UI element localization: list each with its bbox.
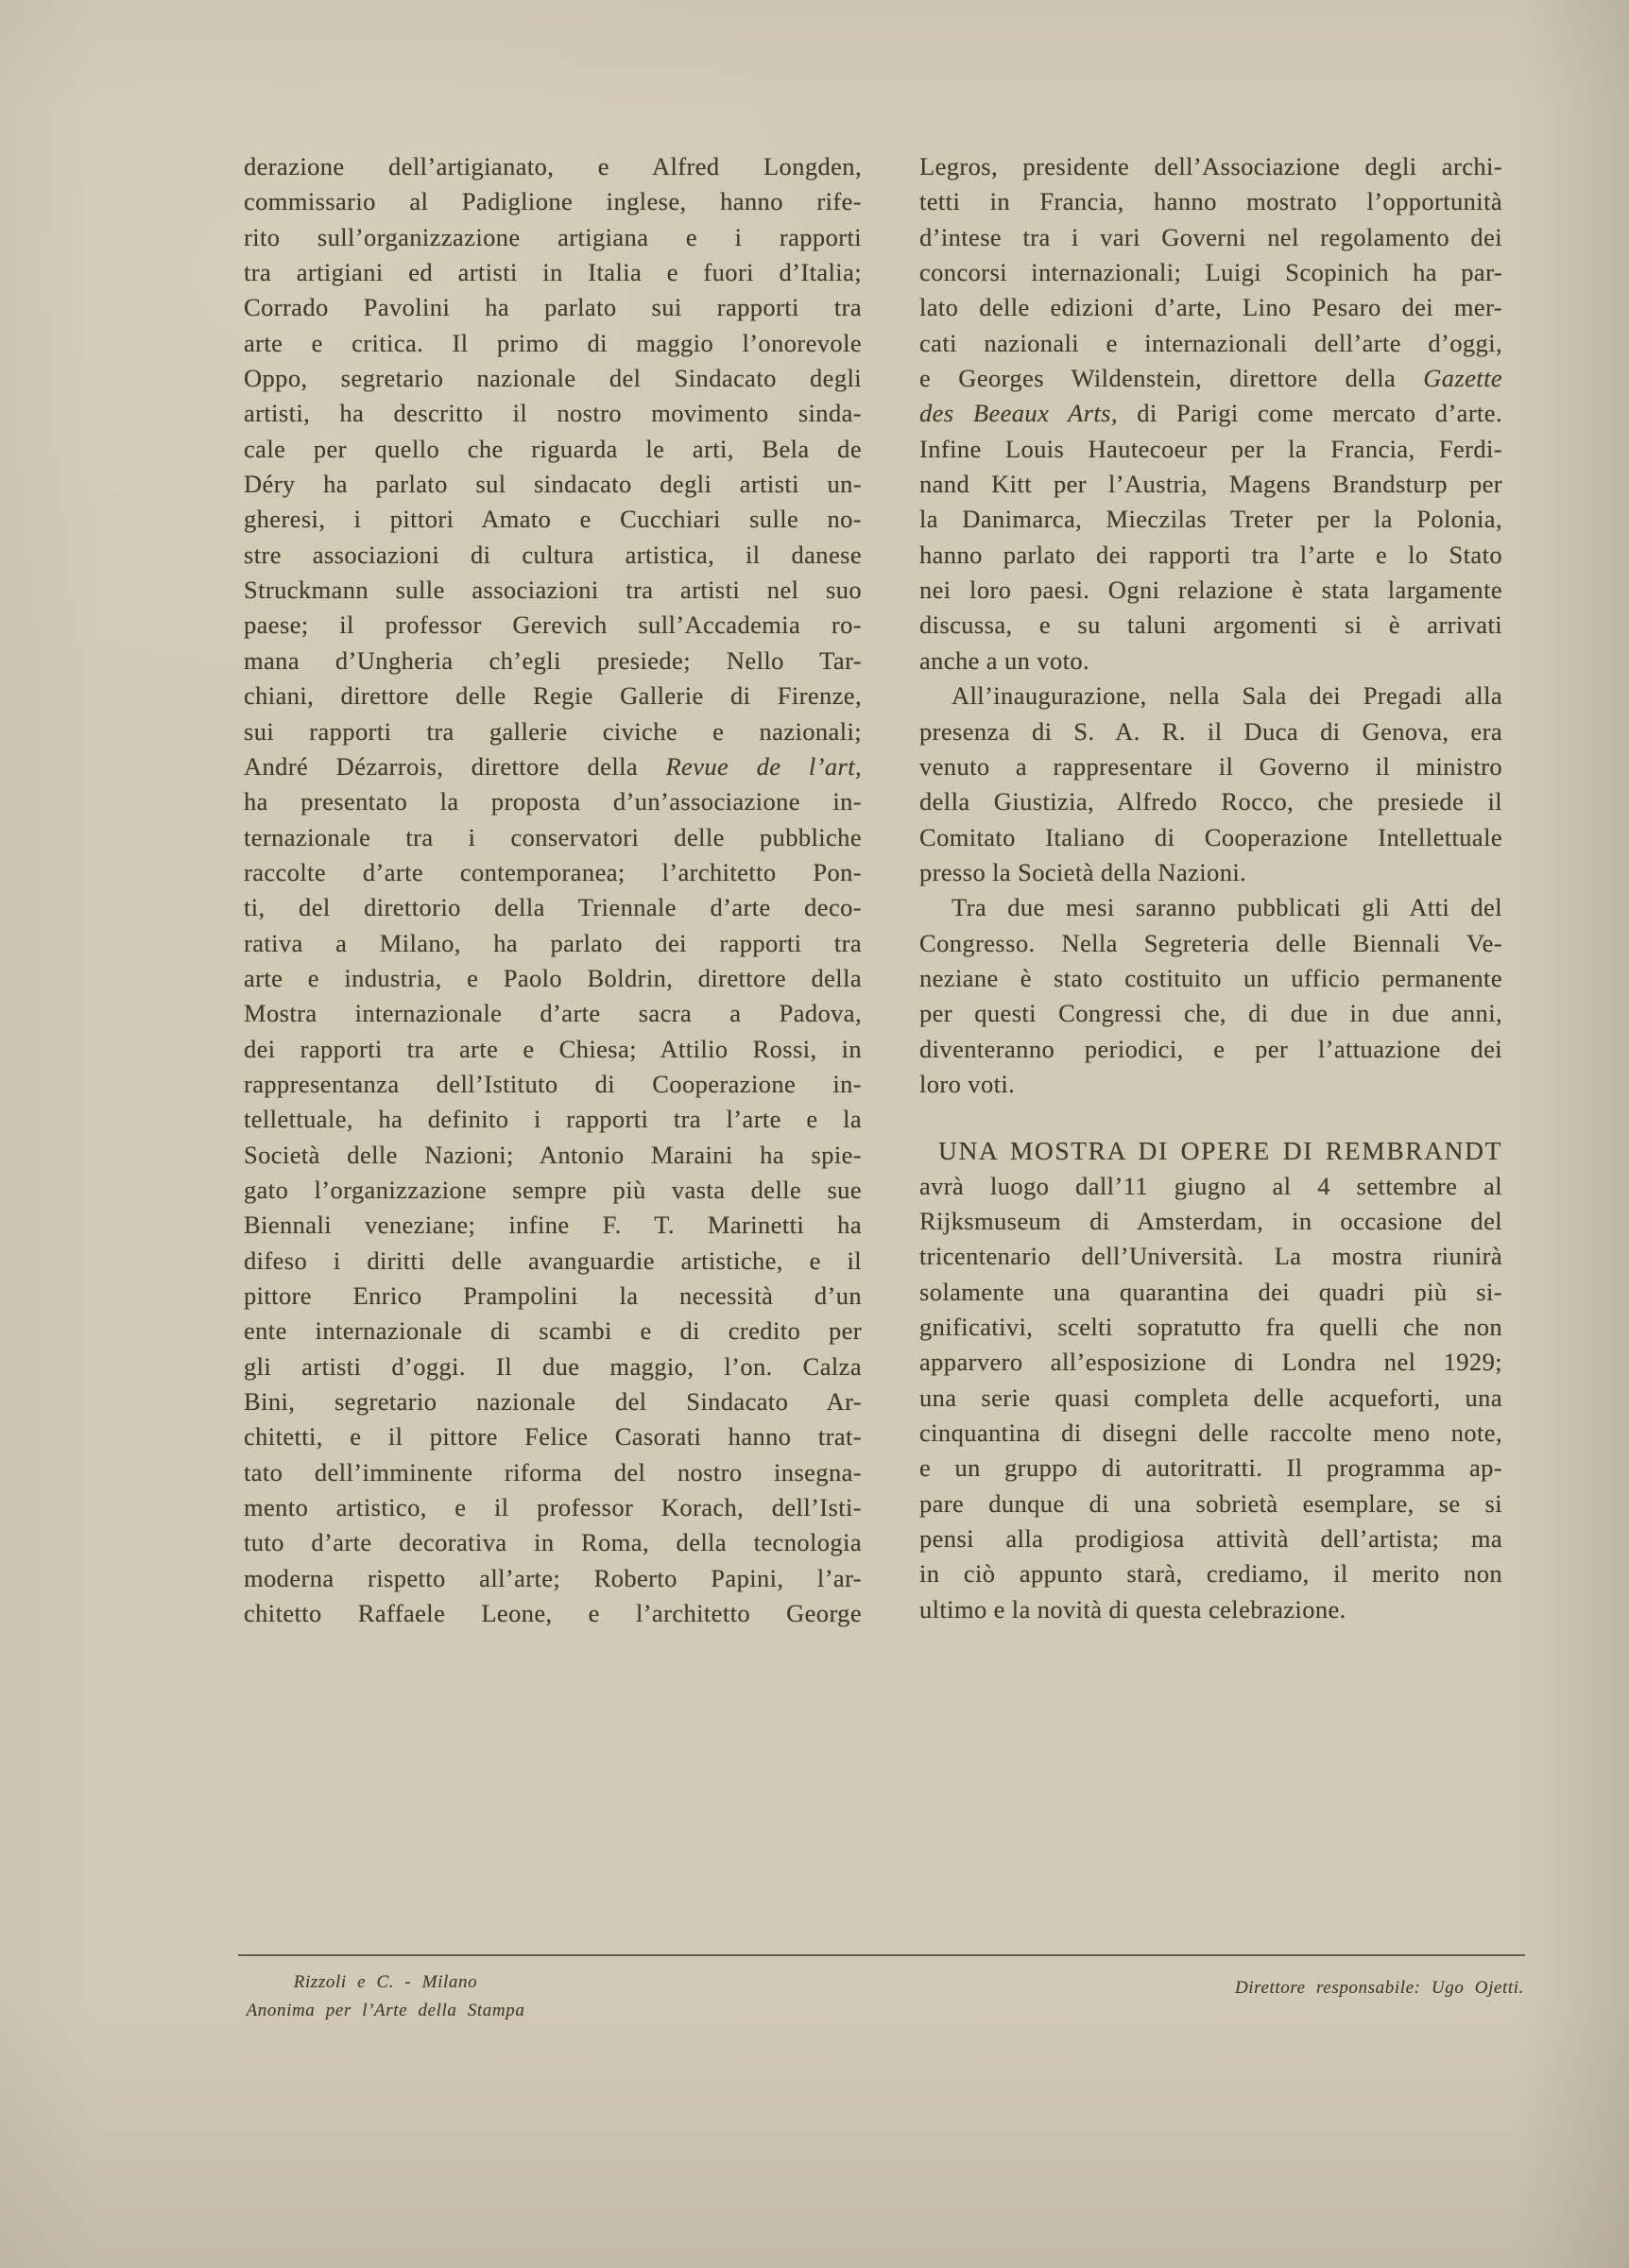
text-line: mana d’Ungheria ch’egli presiede; Nello …	[244, 644, 862, 679]
text-line: pensi alla prodigiosa attività dell’arti…	[919, 1521, 1502, 1556]
text-line: chitetto Raffaele Leone, e l’architetto …	[244, 1596, 862, 1631]
text-line: e Georges Wildenstein, direttore della G…	[919, 361, 1502, 396]
text-line: mento artistico, e il professor Korach, …	[244, 1490, 862, 1525]
text-line: paese; il professor Gerevich sull’Accade…	[244, 608, 862, 643]
text-line: avrà luogo dall’11 giugno al 4 settembre…	[919, 1169, 1502, 1204]
text-line: gnificativi, scelti sopratutto fra quell…	[919, 1310, 1502, 1345]
text-line: André Dézarrois, direttore della Revue d…	[244, 749, 862, 784]
text-line: diventeranno periodici, e per l’attuazio…	[919, 1032, 1502, 1067]
text-line: stre associazioni di cultura artistica, …	[244, 538, 862, 573]
text-line: in ciò appunto starà, crediamo, il merit…	[919, 1556, 1502, 1591]
text-line: ultimo e la novità di questa celebrazion…	[919, 1592, 1502, 1627]
text-line: moderna rispetto all’arte; Roberto Papin…	[244, 1561, 862, 1596]
text-line: solamente una quarantina dei quadri più …	[919, 1275, 1502, 1310]
text-line: concorsi internazionali; Luigi Scopinich…	[919, 255, 1502, 290]
text-line: presenza di S. A. R. il Duca di Genova, …	[919, 714, 1502, 749]
text-line: ha presentato la proposta d’un’associazi…	[244, 784, 862, 819]
text-line: hanno parlato dei rapporti tra l’arte e …	[919, 538, 1502, 573]
text-line: pare dunque di una sobrietà esemplare, s…	[919, 1486, 1502, 1521]
italic-text: Gazette	[1423, 364, 1502, 392]
text-line: derazione dell’artigianato, e Alfred Lon…	[244, 149, 862, 184]
text-line: Società delle Nazioni; Antonio Maraini h…	[244, 1138, 862, 1173]
text-line: ternazionale tra i conservatori delle pu…	[244, 820, 862, 855]
text-line: gli artisti d’oggi. Il due maggio, l’on.…	[244, 1349, 862, 1384]
text-line: presso la Società della Nazioni.	[919, 855, 1502, 890]
text-line: venuto a rappresentare il Governo il min…	[919, 749, 1502, 784]
text-line: d’intese tra i vari Governi nel regolame…	[919, 220, 1502, 255]
text-line: della Giustizia, Alfredo Rocco, che pres…	[919, 784, 1502, 819]
text-line: Infine Louis Hautecoeur per la Francia, …	[919, 432, 1502, 467]
text-line: ti, del direttorio della Triennale d’art…	[244, 890, 862, 925]
text-line: cale per quello che riguarda le arti, Be…	[244, 432, 862, 467]
text-line: Rijksmuseum di Amsterdam, in occasione d…	[919, 1204, 1502, 1239]
text-line: commissario al Padiglione inglese, hanno…	[244, 184, 862, 219]
text-line: raccolte d’arte contemporanea; l’archite…	[244, 855, 862, 890]
text-line: cinquantina di disegni delle raccolte me…	[919, 1416, 1502, 1451]
imprint-line-1: Rizzoli e C. - Milano	[238, 1968, 533, 1997]
footer-divider-rule	[238, 1954, 1525, 1956]
text-line: Déry ha parlato sul sindacato degli arti…	[244, 467, 862, 502]
text-line: loro voti.	[919, 1067, 1502, 1102]
text-line: Mostra internazionale d’arte sacra a Pad…	[244, 996, 862, 1031]
section-heading: UNA MOSTRA DI OPERE DI REMBRANDT	[919, 1133, 1502, 1168]
italic-text: Revue de l’art,	[665, 752, 862, 781]
text-line: gheresi, i pittori Amato e Cucchiari sul…	[244, 502, 862, 537]
text-line: tellettuale, ha definito i rapporti tra …	[244, 1102, 862, 1137]
italic-text: des Beeaux Arts,	[919, 399, 1118, 427]
text-line: Oppo, segretario nazionale del Sindacato…	[244, 361, 862, 396]
text-line: Legros, presidente dell’Associazione deg…	[919, 149, 1502, 184]
text-line: ente internazionale di scambi e di credi…	[244, 1314, 862, 1349]
text-line: rappresentanza dell’Istituto di Cooperaz…	[244, 1067, 862, 1102]
text-line: Biennali veneziane; infine F. T. Marinet…	[244, 1208, 862, 1243]
text-line: cati nazionali e internazionali dell’art…	[919, 326, 1502, 361]
text-line: tuto d’arte decorativa in Roma, della te…	[244, 1525, 862, 1560]
text-line: neziane è stato costituito un ufficio pe…	[919, 961, 1502, 996]
text-line: tra artigiani ed artisti in Italia e fuo…	[244, 255, 862, 290]
text-line: tato dell’imminente riforma del nostro i…	[244, 1455, 862, 1490]
imprint-line-2: Anonima per l’Arte della Stampa	[238, 1997, 533, 2025]
text-line: tricentenario dell’Università. La mostra…	[919, 1239, 1502, 1274]
scanned-page: derazione dell’artigianato, e Alfred Lon…	[0, 0, 1629, 2268]
text-line: des Beeaux Arts, di Parigi come mercato …	[919, 396, 1502, 431]
text-line: Corrado Pavolini ha parlato sui rapporti…	[244, 290, 862, 325]
text-line: gato l’organizzazione sempre più vasta d…	[244, 1173, 862, 1208]
text-line: per questi Congressi che, di due in due …	[919, 996, 1502, 1031]
text-line: Comitato Italiano di Cooperazione Intell…	[919, 820, 1502, 855]
text-line: difeso i diritti delle avanguardie artis…	[244, 1244, 862, 1279]
text-line: arte e critica. Il primo di maggio l’ono…	[244, 326, 862, 361]
text-line: lato delle edizioni d’arte, Lino Pesaro …	[919, 290, 1502, 325]
text-line: arte e industria, e Paolo Boldrin, diret…	[244, 961, 862, 996]
text-line: All’inaugurazione, nella Sala dei Pregad…	[919, 679, 1502, 713]
text-line: e un gruppo di autoritratti. Il programm…	[919, 1451, 1502, 1486]
director-credit: Direttore responsabile: Ugo Ojetti.	[1042, 1975, 1524, 2002]
text-line: rativa a Milano, ha parlato dei rapporti…	[244, 926, 862, 961]
right-column: Legros, presidente dell’Associazione deg…	[919, 149, 1502, 1627]
text-line: dei rapporti tra arte e Chiesa; Attilio …	[244, 1032, 862, 1067]
text-line: pittore Enrico Prampolini la necessità d…	[244, 1279, 862, 1314]
text-line: nei loro paesi. Ogni relazione è stata l…	[919, 573, 1502, 608]
text-line: anche a un voto.	[919, 644, 1502, 679]
text-line: Struckmann sulle associazioni tra artist…	[244, 573, 862, 608]
text-line: artisti, ha descritto il nostro moviment…	[244, 396, 862, 431]
text-line: Tra due mesi saranno pubblicati gli Atti…	[919, 890, 1502, 925]
text-line: Bini, segretario nazionale del Sindacato…	[244, 1384, 862, 1419]
text-line: chitetti, e il pittore Felice Casorati h…	[244, 1419, 862, 1454]
text-line: discussa, e su taluni argomenti si è arr…	[919, 608, 1502, 643]
text-line: la Danimarca, Mieczilas Treter per la Po…	[919, 502, 1502, 537]
text-line: tetti in Francia, hanno mostrato l’oppor…	[919, 184, 1502, 219]
printer-imprint: Rizzoli e C. - Milano Anonima per l’Arte…	[238, 1968, 533, 2025]
text-line: Congresso. Nella Segreteria delle Bienna…	[919, 926, 1502, 961]
text-line: apparvero all’esposizione di Londra nel …	[919, 1345, 1502, 1380]
left-column: derazione dell’artigianato, e Alfred Lon…	[244, 149, 862, 1631]
text-line: sui rapporti tra gallerie civiche e nazi…	[244, 714, 862, 749]
text-line: chiani, direttore delle Regie Gallerie d…	[244, 679, 862, 713]
text-line: rito sull’organizzazione artigiana e i r…	[244, 220, 862, 255]
text-line: una serie quasi completa delle acquefort…	[919, 1381, 1502, 1416]
text-line: nand Kitt per l’Austria, Magens Brandstu…	[919, 467, 1502, 502]
